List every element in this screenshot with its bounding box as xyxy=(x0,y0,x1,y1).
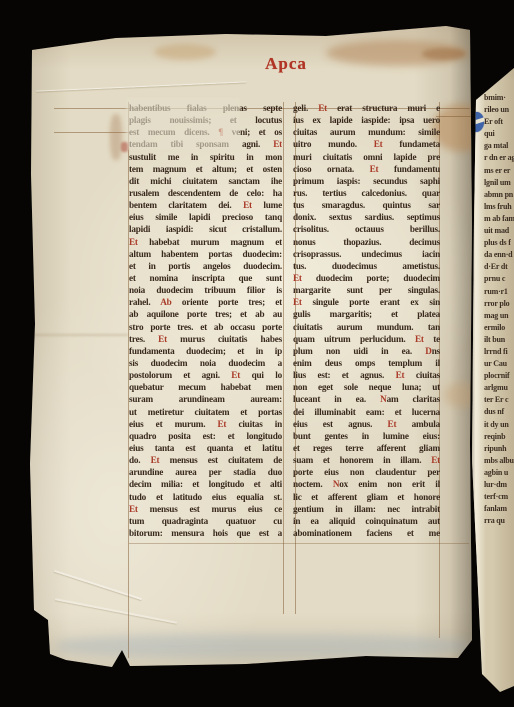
text-line: in ea aliquid coinquinatum aut xyxy=(293,515,440,527)
crease-top-left xyxy=(36,81,246,91)
edge-text-line: prnu c xyxy=(484,273,514,285)
text-line: et reges terre afferent gliam xyxy=(293,442,440,454)
text-line: do. Et mensus est ciuitatem de xyxy=(129,454,282,466)
crease-bottom-left-2 xyxy=(55,598,177,623)
edge-text-line: rra qu xyxy=(484,515,514,527)
text-line: gulis margaritis; et platea xyxy=(293,308,440,320)
text-line: non eget sole neque luna; ut xyxy=(293,381,440,393)
edge-text-line: ilt bun xyxy=(484,334,514,346)
edge-text-line: r dn er ag xyxy=(484,152,514,164)
text-line: geli. Et erat structura muri e xyxy=(293,102,440,114)
text-line: rus. tertius calcedonius. quar xyxy=(293,187,440,199)
text-line: gentium in illam: nec intrabit xyxy=(293,503,440,515)
text-line: crisolitus. octauus berillus. xyxy=(293,223,440,235)
edge-text-line: ga mtal xyxy=(484,140,514,152)
manuscript-page: Apca habentibus fialas plenas septeplagi… xyxy=(26,24,472,670)
text-line: donix. sextus sardius. septimus xyxy=(293,211,440,223)
text-line: rahel. Ab oriente porte tres; et xyxy=(129,296,282,308)
text-line: luceant in ea. Nam claritas xyxy=(293,393,440,405)
text-line: et in portis angelos duodecim. xyxy=(129,260,282,272)
text-line: lic et afferent gliam et honore xyxy=(293,491,440,503)
edge-text-line: da enn·d xyxy=(484,249,514,261)
text-line: Et duodecim porte; duodecim xyxy=(293,272,440,284)
edge-text-line: rror plo xyxy=(484,298,514,310)
edge-text-line: mag un xyxy=(484,310,514,322)
edge-text-line: lms fruh xyxy=(484,201,514,213)
text-line: enim deus omps templum il xyxy=(293,357,440,369)
text-line: nonus thopazius. decimus xyxy=(293,236,440,248)
text-line: stro porte tres. et ab occasu porte xyxy=(129,321,282,333)
edge-text-line: fanlam xyxy=(484,503,514,515)
text-line: noctem. Nox enim non erit il xyxy=(293,478,440,490)
text-line: plum non uidi in ea. Dns xyxy=(293,345,440,357)
text-line: bentem claritatem dei. Et lume xyxy=(129,199,282,211)
edge-text-line: abmn pn xyxy=(484,189,514,201)
text-line: quam uitrum perlucidum. Et te xyxy=(293,333,440,345)
text-line: eius tanta est quanta et latitu xyxy=(129,442,282,454)
text-line: tus. duodecimus ametistus. xyxy=(293,260,440,272)
text-line: lius est: et agnus. Et ciuitas xyxy=(293,369,440,381)
erased-initial-ghost xyxy=(110,114,122,160)
text-line: postolorum et agni. Et qui lo xyxy=(129,369,282,381)
stain-top-right-dark xyxy=(422,48,466,60)
text-line: ut metiretur ciuitatem et portas xyxy=(129,406,282,418)
text-line: Et mensus est murus eius ce xyxy=(129,503,282,515)
text-line: arundine aurea per stadia duo xyxy=(129,466,282,478)
text-line: dei illuminabit eam: et lucerna xyxy=(293,406,440,418)
text-line: ciuitas aurum mundum: simile xyxy=(293,126,440,138)
edge-text-line: ter Er c xyxy=(484,394,514,406)
text-line: margarite sunt per singulas. xyxy=(293,284,440,296)
edge-text-line: ur Cau xyxy=(484,358,514,370)
bottom-damp-tint xyxy=(56,634,470,658)
edge-text-line: lur·dm xyxy=(484,479,514,491)
text-line: suram arundineam auream: xyxy=(129,393,282,405)
text-line: uitro mundo. Et fundameta xyxy=(293,138,440,150)
edge-text-line: ms er er xyxy=(484,165,514,177)
edge-text-line: agbin u xyxy=(484,467,514,479)
text-line: Et singule porte erant ex sin xyxy=(293,296,440,308)
edge-text-line: bmim· xyxy=(484,92,514,104)
edge-text-line: ermilo xyxy=(484,322,514,334)
edge-text-line: Er oft xyxy=(484,116,514,128)
text-line: tem magnum et altum; et osten xyxy=(129,163,282,175)
text-line: primum iaspis: secundus saphi xyxy=(293,175,440,187)
text-line: tus smaragdus. quintus sar xyxy=(293,199,440,211)
edge-text-line: dus nf xyxy=(484,406,514,418)
text-column-left: habentibus fialas plenas septeplagis nou… xyxy=(129,102,282,539)
rubric-remnant xyxy=(121,142,128,152)
text-line: crisoprassus. undecimus iacin xyxy=(293,248,440,260)
edge-text-line: plocrnif xyxy=(484,370,514,382)
text-line: abominationem faciens et me xyxy=(293,527,440,539)
text-line: tudo et latitudo eius equalia st. xyxy=(129,491,282,503)
text-line: noia duodecim tribuum filior is xyxy=(129,284,282,296)
text-line: rusalem descendentem de celo: ha xyxy=(129,187,282,199)
text-line: eius simile lapidi precioso tanq xyxy=(129,211,282,223)
text-line: altum habentem portas duodecim: xyxy=(129,248,282,260)
text-line: eius est agnus. Et ambula xyxy=(293,418,440,430)
adjacent-page-edge: bmim·rileo unEr oftquiga mtalr dn er agm… xyxy=(466,40,514,692)
edge-text-line: m ab fam xyxy=(484,213,514,225)
text-line: sis duodecim noia duodecim a xyxy=(129,357,282,369)
text-line: bitorum: mensura hois que est a xyxy=(129,527,282,539)
text-line: decim milia: et longitudo et alti xyxy=(129,478,282,490)
text-line: ab aquilone porte tres; et ab au xyxy=(129,308,282,320)
text-line: ius ex lapide iaspide: ipsa uero xyxy=(293,114,440,126)
rubbed-faded-patch xyxy=(126,98,240,150)
text-line: bunt gentes in lumine eius: xyxy=(293,430,440,442)
running-title: Apca xyxy=(240,54,332,74)
text-column-right: geli. Et erat structura muri eius ex lap… xyxy=(293,102,440,539)
edge-text-line: plus ds f xyxy=(484,237,514,249)
edge-text-column: bmim·rileo unEr oftquiga mtalr dn er agm… xyxy=(484,92,514,530)
text-line: porte eius non claudentur per xyxy=(293,466,440,478)
stain-top-center xyxy=(154,44,216,60)
edge-text-line: d·Er dt xyxy=(484,261,514,273)
text-line: lapidi iaspidi: sicut cristallum. xyxy=(129,223,282,235)
text-line: quebatur mecum habebat men xyxy=(129,381,282,393)
text-line: muri ciuitatis omni lapide pre xyxy=(293,151,440,163)
edge-text-line: ripunh xyxy=(484,443,514,455)
text-line: suam et honorem in illam. Et xyxy=(293,454,440,466)
text-line: cioso ornata. Et fundamentu xyxy=(293,163,440,175)
edge-text-line: arlgmu xyxy=(484,382,514,394)
text-line: et nomina inscripta que sunt xyxy=(129,272,282,284)
edge-text-line: lgnil um xyxy=(484,177,514,189)
edge-text-line: rileo un xyxy=(484,104,514,116)
edge-text-line: uit mad xyxy=(484,225,514,237)
crease-left-margin xyxy=(26,334,128,336)
text-line: tum quadraginta quatuor cu xyxy=(129,515,282,527)
text-line: Et habebat murum magnum et xyxy=(129,236,282,248)
ruling-line-vertical-2 xyxy=(283,102,284,614)
edge-text-line: lrrnd fi xyxy=(484,346,514,358)
edge-text-line: reqinb xyxy=(484,431,514,443)
text-line: eius et murum. Et ciuitas in xyxy=(129,418,282,430)
text-line: tres. Et murus ciuitatis habes xyxy=(129,333,282,345)
text-line: dit michi ciuitatem sanctam ihe xyxy=(129,175,282,187)
photo-background: Apca habentibus fialas plenas septeplagi… xyxy=(0,0,514,707)
edge-text-line: it dy un xyxy=(484,419,514,431)
text-line: fundamenta duodecim; et in ip xyxy=(129,345,282,357)
edge-text-line: qui xyxy=(484,128,514,140)
text-line: ciuitatis aurum mundum. tan xyxy=(293,321,440,333)
ruling-line-horizontal-gutter xyxy=(436,116,472,117)
edge-text-line: mbs albu xyxy=(484,455,514,467)
text-line: sustulit me in spiritu in mon xyxy=(129,151,282,163)
ruling-line-horizontal-bottom xyxy=(129,543,469,544)
edge-text-line: rum·r1 xyxy=(484,286,514,298)
text-line: quadro posita est: et longitudo xyxy=(129,430,282,442)
edge-text-line: terf·cm xyxy=(484,491,514,503)
